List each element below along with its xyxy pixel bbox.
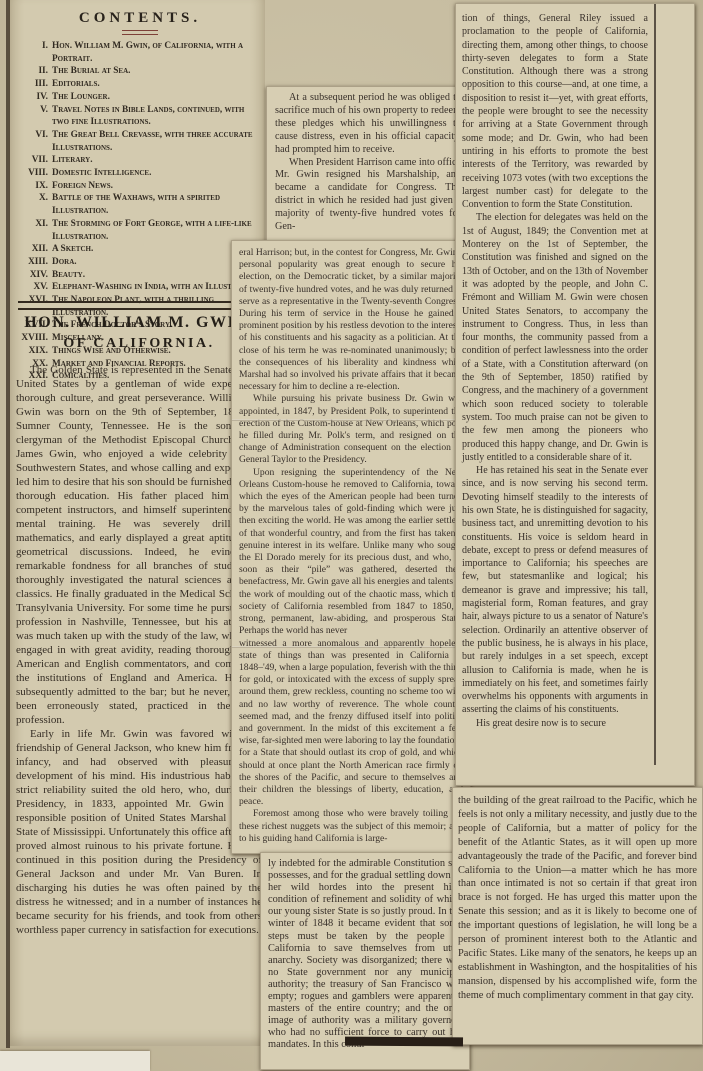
clipping-paragraph: While pursuing his private business Dr. … xyxy=(239,393,463,466)
clipping-middle-main: eral Harrison; but, in the contest for C… xyxy=(231,240,471,854)
toc-num: II. xyxy=(18,65,52,78)
toc-label: The Great Bell Crevasse, with three accu… xyxy=(52,129,262,154)
clipping-paragraph: Upon resigning the superintendency of th… xyxy=(239,467,463,638)
toc-item: XI.The Storming of Fort George, with a l… xyxy=(18,218,262,243)
toc-item: VI.The Great Bell Crevasse, with three a… xyxy=(18,129,262,154)
toc-item: V.Travel Notes in Bible Lands, continued… xyxy=(18,104,262,129)
toc-num: VI. xyxy=(18,129,52,154)
toc-num: XIII. xyxy=(18,256,52,269)
clipping-paragraph: His great desire now is to secure xyxy=(462,717,648,730)
toc-num: IV. xyxy=(18,91,52,104)
toc-item: VIII.Domestic Intelligence. xyxy=(18,167,262,180)
clipping-right-bottom: the building of the great railroad to th… xyxy=(452,787,703,1045)
column-rule xyxy=(654,4,656,765)
toc-num: XIV. xyxy=(18,269,52,282)
toc-num: XV. xyxy=(18,281,52,294)
scanned-newspaper-page: CONTENTS. I.Hon. William M. Gwin, of Cal… xyxy=(0,0,703,1071)
right-column-text: tion of things, General Riley issued a p… xyxy=(462,12,648,730)
clipping-paragraph: the building of the great railroad to th… xyxy=(458,794,697,1003)
clipping-paragraph: witnessed a more anomalous and apparentl… xyxy=(239,638,463,809)
clipping-seam xyxy=(232,646,470,648)
clipping-paragraph: ly indebted for the admirable Constituti… xyxy=(268,858,462,1052)
toc-item: I.Hon. William M. Gwin, of California, w… xyxy=(18,40,262,65)
clipping-paragraph: tion of things, General Riley issued a p… xyxy=(462,12,648,211)
toc-item: IX.Foreign News. xyxy=(18,180,262,193)
toc-item: VII.Literary. xyxy=(18,154,262,167)
article-body: The Golden State is represented in the S… xyxy=(16,363,262,937)
clipping-paragraph: The election for delegates was held on t… xyxy=(462,211,648,464)
clipping-seam xyxy=(232,419,470,421)
toc-item: II.The Burial at Sea. xyxy=(18,65,262,78)
toc-num: VII. xyxy=(18,154,52,167)
clipping-paragraph: At a subsequent period he was obliged to… xyxy=(275,92,461,157)
toc-item: XIV.Beauty. xyxy=(18,269,262,282)
toc-num: VIII. xyxy=(18,167,52,180)
toc-label: The Burial at Sea. xyxy=(52,65,262,78)
toc-num: III. xyxy=(18,78,52,91)
toc-num: I. xyxy=(18,40,52,65)
toc-label: Battle of the Waxhaws, with a spirited I… xyxy=(52,192,262,217)
toc-label: Literary. xyxy=(52,154,262,167)
toc-item: XV.Elephant-Washing in India, with an Il… xyxy=(18,281,262,294)
scan-edge-paper xyxy=(0,1051,150,1071)
toc-num: X. xyxy=(18,192,52,217)
toc-label: Foreign News. xyxy=(52,180,262,193)
toc-item: III.Editorials. xyxy=(18,78,262,91)
gwin-article: HON. WILLIAM M. GWIN, OF CALIFORNIA. The… xyxy=(16,314,262,1040)
scan-artifact-bar xyxy=(345,1037,463,1047)
clipping-paragraph: Foremost among those who were bravely to… xyxy=(239,808,463,845)
article-paragraph: Early in life Mr. Gwin was favored with … xyxy=(16,727,262,937)
scan-gutter-line xyxy=(6,0,10,1048)
article-heading-line1: HON. WILLIAM M. GWIN, xyxy=(16,314,262,332)
toc-num: XI. xyxy=(18,218,52,243)
toc-label: Editorials. xyxy=(52,78,262,91)
toc-label: Travel Notes in Bible Lands, continued, … xyxy=(52,104,262,129)
toc-label: Hon. William M. Gwin, of California, wit… xyxy=(52,40,262,65)
clipping-paragraph: He has retained his seat in the Senate e… xyxy=(462,464,648,717)
toc-label: Domestic Intelligence. xyxy=(52,167,262,180)
clipping-paragraph: eral Harrison; but, in the contest for C… xyxy=(239,247,463,393)
toc-item: IV.The Lounger. xyxy=(18,91,262,104)
toc-num: IX. xyxy=(18,180,52,193)
toc-num: V. xyxy=(18,104,52,129)
section-divider-rule xyxy=(18,301,258,310)
toc-num: XII. xyxy=(18,243,52,256)
clipping-right-top: tion of things, General Riley issued a p… xyxy=(455,3,695,786)
clipping-paragraph: When President Harrison came into office… xyxy=(275,157,461,234)
clipping-middle-top: At a subsequent period he was obliged to… xyxy=(266,86,470,254)
toc-item: XII.A Sketch. xyxy=(18,243,262,256)
article-paragraph: The Golden State is represented in the S… xyxy=(16,363,262,727)
contents-title: CONTENTS. xyxy=(18,10,262,27)
toc-item: X.Battle of the Waxhaws, with a spirited… xyxy=(18,192,262,217)
contents-title-rule xyxy=(122,30,158,35)
toc-label: The Lounger. xyxy=(52,91,262,104)
toc-item: XIII.Dora. xyxy=(18,256,262,269)
article-heading-line2: OF CALIFORNIA. xyxy=(16,336,262,352)
